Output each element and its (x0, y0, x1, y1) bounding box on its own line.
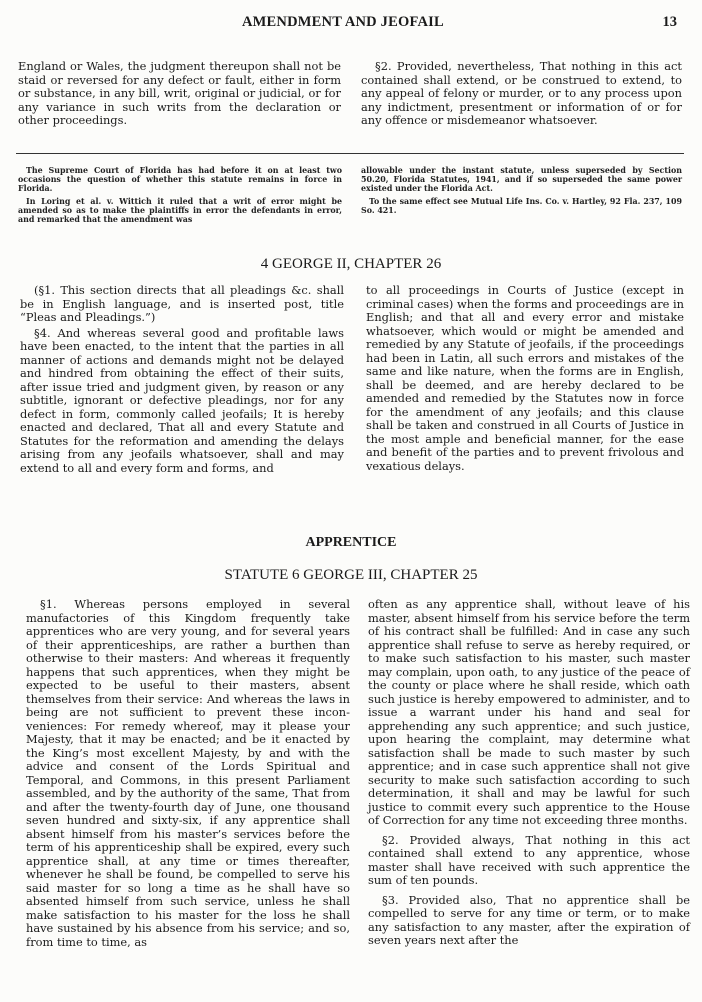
page-number: 13 (663, 14, 678, 31)
footnote-left-column: The Supreme Court of Florida has had bef… (18, 166, 342, 224)
footnote-paragraph: In Loring et al. v. Wittich it ruled tha… (18, 197, 342, 224)
section-4-paragraph: §4. And whereas several good and profit­… (20, 327, 344, 476)
section-1-paragraph: §1. Whereas persons employed in several … (26, 598, 350, 949)
statute-heading: STATUTE 6 GEORGE III, CHAPTER 25 (0, 567, 702, 584)
chapter-26-right-column: to all proceedings in Courts of Justice … (366, 284, 684, 473)
footnote-paragraph: The Supreme Court of Florida has had bef… (18, 166, 342, 193)
chapter-heading: 4 GEORGE II, CHAPTER 26 (0, 256, 702, 273)
section-4-continuation: to all proceedings in Courts of Justice … (366, 284, 684, 473)
top-left-column: England or Wales, the judgment thereupon… (18, 60, 341, 128)
chapter-26-left-column: (§1. This section directs that all plead… (20, 284, 344, 475)
apprentice-right-column: often as any apprentice shall, without l… (368, 598, 690, 948)
document-page: AMENDMENT AND JEOFAIL 13 England or Wale… (0, 0, 702, 1002)
running-title: AMENDMENT AND JEOFAIL (242, 14, 444, 31)
top-right-column: §2. Provided, nevertheless, That nothing… (361, 60, 682, 128)
section-3-paragraph: §3. Provided also, That no apprentice sh… (368, 894, 690, 948)
section-2-paragraph: §2. Provided always, That nothing in thi… (368, 834, 690, 888)
apprentice-left-column: §1. Whereas persons employed in several … (26, 598, 350, 949)
running-head: AMENDMENT AND JEOFAIL 13 (0, 14, 702, 34)
section-1-note: (§1. This section directs that all plead… (20, 284, 344, 325)
footnote-paragraph: To the same effect see Mutual Life Ins. … (361, 197, 682, 215)
footnote-right-column: allowable under the instant statute, unl… (361, 166, 682, 215)
title-heading: APPRENTICE (0, 535, 702, 551)
section-2-paragraph: §2. Provided, nevertheless, That nothing… (361, 60, 682, 128)
continuation-paragraph: England or Wales, the judgment thereupon… (18, 60, 341, 128)
footnote-paragraph: allowable under the instant statute, unl… (361, 166, 682, 193)
section-1-continuation: often as any apprentice shall, without l… (368, 598, 690, 828)
footnote-divider (16, 153, 684, 154)
